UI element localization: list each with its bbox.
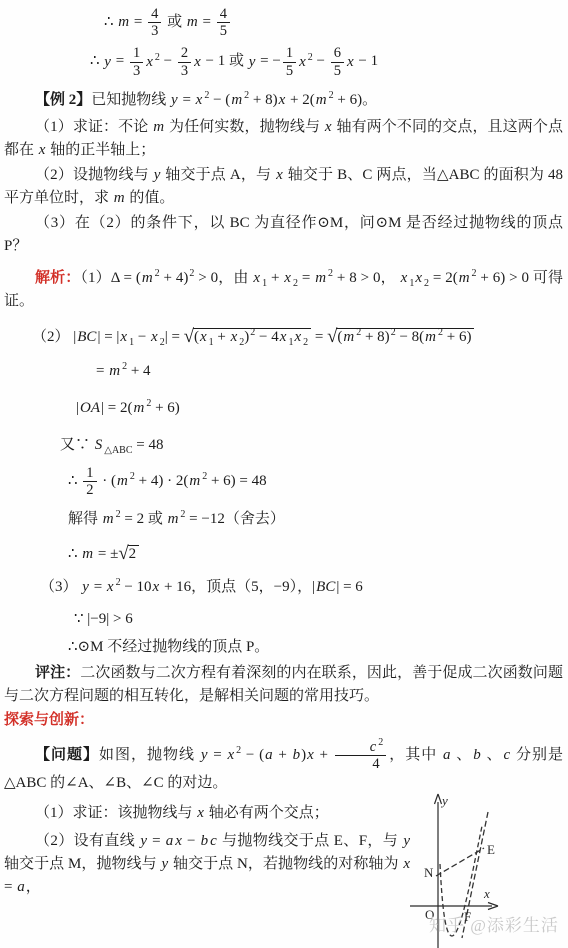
text-run: + 4) (160, 270, 189, 286)
text-run: = (112, 54, 128, 70)
document-body: ∴ m = 43 或 m = 45∴ y = 13x2 − 23x − 1 或 … (4, 6, 563, 899)
math-variable: x (199, 329, 208, 345)
math-variable: x (346, 54, 355, 70)
text-run: （1）求证：该抛物线与 (35, 805, 196, 821)
text-run: 二次函数与二次方程有着深刻的内在联系，因此，善于促成二次函数问题与二次方程问题的… (4, 665, 563, 704)
line-n-e (436, 848, 484, 876)
text-run: + 6)。 (334, 92, 377, 108)
math-variable: x (252, 270, 261, 286)
fraction: 15 (283, 45, 296, 78)
text-run: 轴交于点 M，抛物线与 (4, 856, 161, 872)
math-variable: x (298, 54, 307, 70)
question-part-1: （1）求证：该抛物线与 x 轴必有两个交点； (4, 802, 411, 825)
text-run: + 16，顶点（5，−9），| (160, 579, 315, 595)
text-run: + 8) (361, 329, 389, 345)
square-root: √(x1 + x2)2 − 4x1x2 (184, 329, 311, 345)
math-variable: m (132, 400, 145, 416)
math-variable: x (196, 805, 205, 821)
text-run: 2 (181, 45, 188, 61)
math-variable: x (275, 167, 284, 183)
math-variable: x (193, 54, 202, 70)
document-page: ∴ m = 43 或 m = 45∴ y = 13x2 − 23x − 1 或 … (0, 0, 568, 948)
text-run: = 48 (133, 437, 164, 453)
solution-bc-result: = m2 + 4 (96, 362, 563, 381)
text-run: − (160, 54, 176, 70)
math-variable: x (145, 54, 154, 70)
math-variable: x (324, 119, 333, 135)
solution-conclusion: ∴⊙M 不经过抛物线的顶点 P。 (68, 638, 563, 657)
text-run: − (313, 54, 329, 70)
text-run: + 2( (286, 92, 314, 108)
text-run: 4 (151, 6, 158, 22)
math-variable: x (150, 329, 159, 345)
text-run: − (183, 833, 200, 849)
math-variable: x (226, 747, 235, 763)
math-variable: x (279, 329, 288, 345)
text-run: 与抛物线交于点 E、F，与 (218, 833, 403, 849)
math-variable: x (283, 270, 292, 286)
square-root: √2 (118, 546, 139, 562)
fraction: 43 (148, 6, 161, 39)
math-variable: y (161, 856, 170, 872)
math-variable: b (472, 747, 482, 763)
text-run: 或 (163, 14, 186, 30)
text-run: ) (244, 329, 249, 345)
text-run: = (199, 14, 215, 30)
math-variable: x (400, 270, 409, 286)
text-run: 5 (286, 63, 293, 79)
math-variable: y (103, 54, 112, 70)
math-variable: m (81, 546, 94, 562)
math-variable: x (195, 92, 204, 108)
text-run: 4 (372, 756, 379, 772)
solution-step-3: （3） y = x2 − 10x + 16，顶点（5，−9），|BC| = 6 (40, 578, 563, 597)
math-variable: x (174, 833, 183, 849)
math-variable: m (116, 473, 129, 489)
text-run: + 4) · 2( (135, 473, 188, 489)
point-e-label: E (487, 842, 495, 857)
fraction: c24 (335, 739, 386, 772)
text-run: | = | (97, 329, 119, 345)
math-variable: x (293, 329, 302, 345)
text-run: + 6) (151, 400, 179, 416)
line-m-values: ∴ m = 43 或 m = 45 (104, 6, 563, 39)
math-variable: a (165, 833, 175, 849)
text-run: （1）求证：不论 (35, 119, 152, 135)
text-run: 3 (181, 63, 188, 79)
text-run: > 0，由 (194, 270, 252, 286)
text-run: （2）设有直线 (35, 833, 139, 849)
text-run: ∴ (68, 546, 81, 562)
text-run: 又∵ (60, 437, 94, 453)
math-variable: x (119, 329, 128, 345)
solution-m-squared: 解得 m2 = 2 或 m2 = −12（舍去） (68, 510, 563, 529)
fraction: 23 (178, 45, 191, 78)
text-run: 如图，抛物线 (99, 747, 200, 763)
math-variable: m (102, 511, 115, 527)
math-variable: b (200, 833, 210, 849)
math-variable: x (106, 579, 115, 595)
math-variable: c (503, 747, 512, 763)
text-run: ∵ |−9| > 6 (74, 611, 133, 627)
text-run: 2 (86, 482, 93, 498)
math-variable: y (81, 579, 90, 595)
text-run: （3） (40, 579, 81, 595)
math-variable: a (264, 747, 274, 763)
text-run: 1 (286, 45, 293, 61)
math-variable: x (414, 270, 423, 286)
math-variable: m (315, 92, 328, 108)
text-run: = 2( (429, 270, 458, 286)
text-run: （3）在（2）的条件下，以 BC 为直径作⊙M，问⊙M 是否经过抛物线的顶点 P… (4, 215, 563, 254)
math-variable: BC (315, 579, 336, 595)
text-run: − 1 (355, 54, 378, 70)
red-label: 解析： (35, 270, 80, 286)
text-run: 6 (334, 45, 341, 61)
text-run: = (179, 92, 195, 108)
math-variable: m (424, 329, 437, 345)
text-run: + (267, 270, 283, 286)
text-run: − 4 (255, 329, 278, 345)
text-run: 已知抛物线 (91, 92, 170, 108)
text-run: = (96, 363, 108, 379)
red-label: 探索与创新： (4, 712, 94, 728)
text-run: 为任何实数，抛物线与 (165, 119, 324, 135)
text-run: = (311, 329, 327, 345)
text-run: ∴ (104, 14, 117, 30)
text-run: − 10 (121, 579, 152, 595)
math-variable: m (152, 119, 165, 135)
text-run: = (130, 14, 146, 30)
solution-m-value: ∴ m = ±√2 (68, 542, 563, 565)
math-variable: y (200, 747, 209, 763)
text-run: | = 2( (101, 400, 132, 416)
math-variable: m (314, 270, 327, 286)
text-run: 轴必有两个交点； (205, 805, 329, 821)
text-run: 1 (86, 465, 93, 481)
text-run: ∴ (68, 473, 81, 489)
solution-area-eq: ∴ 12 · (m2 + 4) · 2(m2 + 6) = 48 (68, 465, 563, 498)
text-run: 3 (133, 63, 140, 79)
math-variable: m (108, 363, 121, 379)
text-run: = (4, 879, 16, 895)
text-run: | = 6 (336, 579, 362, 595)
text-run: − ( (209, 92, 230, 108)
math-variable: c (209, 833, 218, 849)
math-variable: y (170, 92, 179, 108)
solution-since: ∵ |−9| > 6 (74, 610, 563, 629)
math-variable: m (188, 473, 201, 489)
text-run: 3 (151, 23, 158, 39)
math-variable: m (230, 92, 243, 108)
text-run: 轴的正半轴上； (46, 142, 155, 158)
text-run: = −12（舍去） (185, 511, 284, 527)
text-run: 5 (220, 23, 227, 39)
text-run: 1 (133, 45, 140, 61)
text-run: ∴ (90, 54, 103, 70)
text-run: 5 (334, 63, 341, 79)
text-run: = (209, 747, 227, 763)
text-run: 轴交于点 N，若抛物线的对称轴为 (169, 856, 402, 872)
text-run: 的值。 (126, 190, 175, 206)
problem-part-3: （3）在（2）的条件下，以 BC 为直径作⊙M，问⊙M 是否经过抛物线的顶点 P… (4, 212, 563, 258)
text-run: （1）Δ = ( (80, 270, 140, 286)
text-run: = − (256, 54, 280, 70)
problem-part-1: （1）求证：不论 m 为任何实数，抛物线与 x 轴有两个不同的交点，且这两个点都… (4, 116, 563, 162)
text-run: − ( (241, 747, 264, 763)
line-y-equations: ∴ y = 13x2 − 23x − 1 或 y = −15x2 − 65x −… (90, 45, 563, 78)
text-run: · ( (99, 473, 117, 489)
text-run: ，其中 (388, 747, 442, 763)
subscript: △ABC (104, 445, 132, 456)
text-run: = ± (94, 546, 118, 562)
text-run: + (274, 747, 292, 763)
text-run: = (298, 270, 314, 286)
solution-step-2-bc: （2） |BC| = |x1 − x2| = √(x1 + x2)2 − 4x1… (32, 325, 563, 348)
math-variable: x (306, 747, 315, 763)
math-variable: m (113, 190, 126, 206)
x-axis-label: x (483, 886, 490, 901)
math-variable: m (117, 14, 130, 30)
math-variable: x (230, 329, 239, 345)
math-variable: m (186, 14, 199, 30)
text-run: + 6) (443, 329, 471, 345)
text-run: = (90, 579, 106, 595)
fraction: 65 (331, 45, 344, 78)
text-run: （2）设抛物线与 (35, 167, 153, 183)
text-run: 4 (220, 6, 227, 22)
solution-step-1: 解析：（1）Δ = (m2 + 4)2 > 0，由 x1 + x2 = m2 +… (4, 267, 563, 313)
text-run: 2 (129, 546, 137, 562)
fraction: 13 (130, 45, 143, 78)
text-run: + 4 (127, 363, 150, 379)
text-run: + 8 > 0， (333, 270, 400, 286)
bold-label: 【例 2】 (35, 92, 91, 108)
math-variable: b (292, 747, 302, 763)
text-run: + (214, 329, 230, 345)
math-variable: c (369, 739, 377, 755)
watermark: 知乎 @添彩生活 (429, 914, 559, 937)
fraction: 12 (83, 465, 96, 498)
math-variable: m (342, 329, 355, 345)
math-variable: m (167, 511, 180, 527)
text-run: − 1 或 (202, 54, 248, 70)
text-run: | = (165, 329, 184, 345)
solution-area: 又∵ S△ABC = 48 (60, 436, 563, 455)
math-variable: OA (79, 400, 101, 416)
y-axis-label: y (440, 793, 448, 808)
text-run: − 8( (396, 329, 424, 345)
text-run: 轴交于点 A，与 (161, 167, 275, 183)
example-2-heading: 【例 2】已知抛物线 y = x2 − (m2 + 8)x + 2(m2 + 6… (4, 89, 563, 112)
bold-label: 【问题】 (35, 747, 99, 763)
math-variable: BC (76, 329, 97, 345)
question-part-2: （2）设有直线 y = ax − bc 与抛物线交于点 E、F，与 y 轴交于点… (4, 830, 411, 899)
solution-oa: |OA| = 2(m2 + 6) (76, 399, 563, 418)
bold-label: 评注： (35, 665, 80, 681)
square-root: √(m2 + 8)2 − 8(m2 + 6) (327, 329, 474, 345)
text-run: ∴⊙M 不经过抛物线的顶点 P。 (68, 639, 269, 655)
math-variable: S (94, 437, 104, 453)
problem-part-2: （2）设抛物线与 y 轴交于点 A，与 x 轴交于 B、C 两点，当△ABC 的… (4, 164, 563, 210)
math-variable: a (16, 879, 26, 895)
remark: 评注：二次函数与二次方程有着深刻的内在联系，因此，善于促成二次函数问题与二次方程… (4, 662, 563, 708)
text-run: ， (26, 879, 41, 895)
fraction: 45 (217, 6, 230, 39)
subscript: 2 (303, 337, 308, 348)
text-run: = 2 或 (121, 511, 167, 527)
text-run: = (148, 833, 165, 849)
text-run: − (134, 329, 150, 345)
text-run: + (315, 747, 333, 763)
superscript: 2 (378, 737, 383, 748)
text-run: 解得 (68, 511, 102, 527)
point-n-label: N (424, 865, 434, 880)
math-variable: x (152, 579, 161, 595)
text-run: （2） | (32, 329, 76, 345)
text-run: + 8) (249, 92, 277, 108)
text-run: 、 (482, 747, 503, 763)
math-variable: y (139, 833, 148, 849)
math-variable: m (141, 270, 154, 286)
text-run: 、 (451, 747, 472, 763)
text-run: + 6) = 48 (207, 473, 266, 489)
math-variable: x (278, 92, 287, 108)
math-variable: m (458, 270, 471, 286)
section-explore: 探索与创新： (4, 709, 563, 732)
